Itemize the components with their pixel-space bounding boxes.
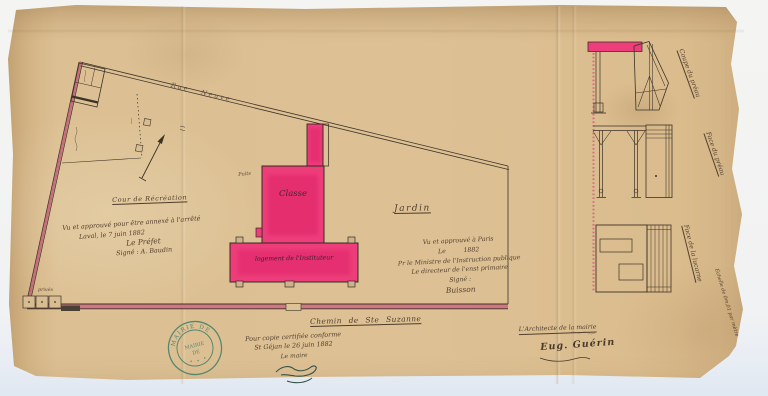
stamp-center-line2: DE	[192, 349, 201, 357]
signature-flourishes	[276, 358, 590, 383]
stamp-ornament-dots	[190, 357, 206, 363]
ministry-note: Vu et approuvé à Paris Le 1882 Pr le Min…	[388, 233, 531, 299]
privies-label: privés	[38, 288, 53, 293]
garden-label: Jardin	[394, 203, 431, 214]
north-arrow-icon	[139, 134, 165, 181]
classroom-label: Classe	[262, 189, 324, 199]
architect-signature-flourish	[540, 358, 590, 362]
elevation-drawings	[570, 42, 672, 335]
outbuildings	[62, 63, 185, 163]
scanned-plan-document: Rue Neuve Cour de Récréation Classe loge…	[0, 0, 768, 396]
gate-shape	[61, 306, 80, 312]
mayor-signature-flourish	[276, 366, 316, 383]
